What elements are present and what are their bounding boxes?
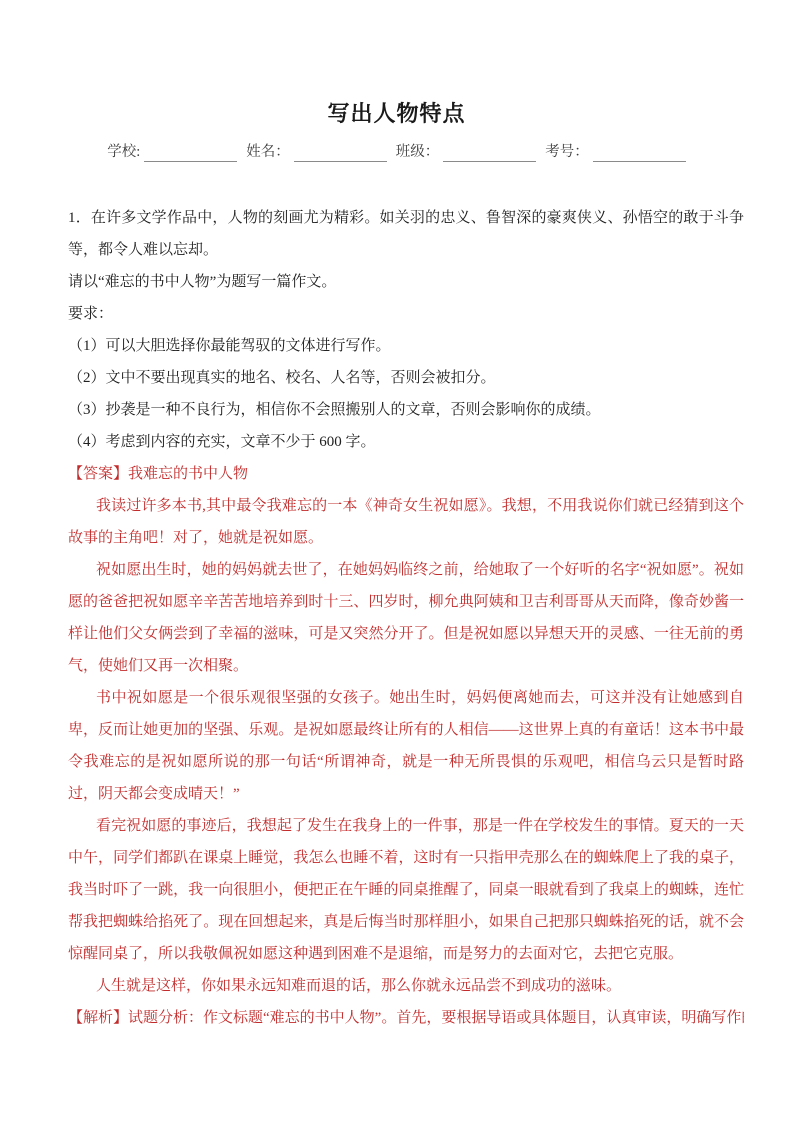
requirement-1: （1）可以大胆选择你最能驾驭的文体进行写作。 [68, 330, 744, 362]
question-prompt: 请以“难忘的书中人物”为题写一篇作文。 [68, 266, 744, 298]
class-label: 班级： [396, 142, 440, 162]
answer-paragraph-5: 人生就是这样，你如果永远知难而退的话，那么你就永远品尝不到成功的滋味。 [68, 970, 744, 1002]
document-page: 写出人物特点 学校: 姓名： 班级： 考号： 1．在许多文学作品中，人物的刻画尤… [0, 0, 793, 1122]
answer-paragraph-2: 祝如愿出生时，她的妈妈就去世了，在她妈妈临终之前，给她取了一个好听的名字“祝如愿… [68, 554, 744, 682]
school-field: 学校: [107, 142, 246, 162]
name-label: 姓名： [246, 142, 290, 162]
exam-number-blank-line [593, 144, 686, 162]
page-title: 写出人物特点 [0, 0, 793, 127]
answer-paragraph-4: 看完祝如愿的事迹后，我想起了发生在我身上的一件事，那是一件在学校发生的事情。夏天… [68, 810, 744, 970]
requirement-2: （2）文中不要出现真实的地名、校名、人名等，否则会被扣分。 [68, 362, 744, 394]
answer-paragraph-1: 我读过许多本书,其中最令我难忘的一本《神奇女生祝如愿》。我想，不用我说你们就已经… [68, 490, 744, 554]
exam-number-label: 考号： [545, 142, 589, 162]
school-blank-line [144, 144, 237, 162]
student-info-header: 学校: 姓名： 班级： 考号： [0, 140, 793, 162]
name-field: 姓名： [246, 142, 396, 162]
document-body: 1．在许多文学作品中，人物的刻画尤为精彩。如关羽的忠义、鲁智深的豪爽侠义、孙悟空… [68, 202, 744, 1034]
name-blank-line [294, 144, 387, 162]
answer-essay-title: 我难忘的书中人物 [128, 466, 248, 482]
answer-paragraph-3: 书中祝如愿是一个很乐观很坚强的女孩子。她出生时，妈妈便离她而去，可这并没有让她感… [68, 682, 744, 810]
question-item-text: 1．在许多文学作品中，人物的刻画尤为精彩。如关羽的忠义、鲁智深的豪爽侠义、孙悟空… [68, 202, 744, 266]
class-field: 班级： [396, 142, 546, 162]
analysis-text: 试题分析：作文标题“难忘的书中人物”。首先，要根据导语或具体题目，认真审读，明确… [128, 1010, 744, 1026]
answer-label: 【答案】 [68, 466, 128, 482]
analysis-paragraph: 【解析】试题分析：作文标题“难忘的书中人物”。首先，要根据导语或具体题目，认真审… [68, 1002, 744, 1034]
requirement-4: （4）考虑到内容的充实，文章不少于 600 字。 [68, 426, 744, 458]
answer-heading: 【答案】我难忘的书中人物 [68, 458, 744, 490]
school-label: 学校: [107, 142, 140, 162]
analysis-label: 【解析】 [68, 1010, 128, 1026]
requirements-label: 要求： [68, 298, 744, 330]
requirement-3: （3）抄袭是一种不良行为，相信你不会照搬别人的文章，否则会影响你的成绩。 [68, 394, 744, 426]
exam-number-field: 考号： [545, 142, 686, 162]
class-blank-line [443, 144, 536, 162]
